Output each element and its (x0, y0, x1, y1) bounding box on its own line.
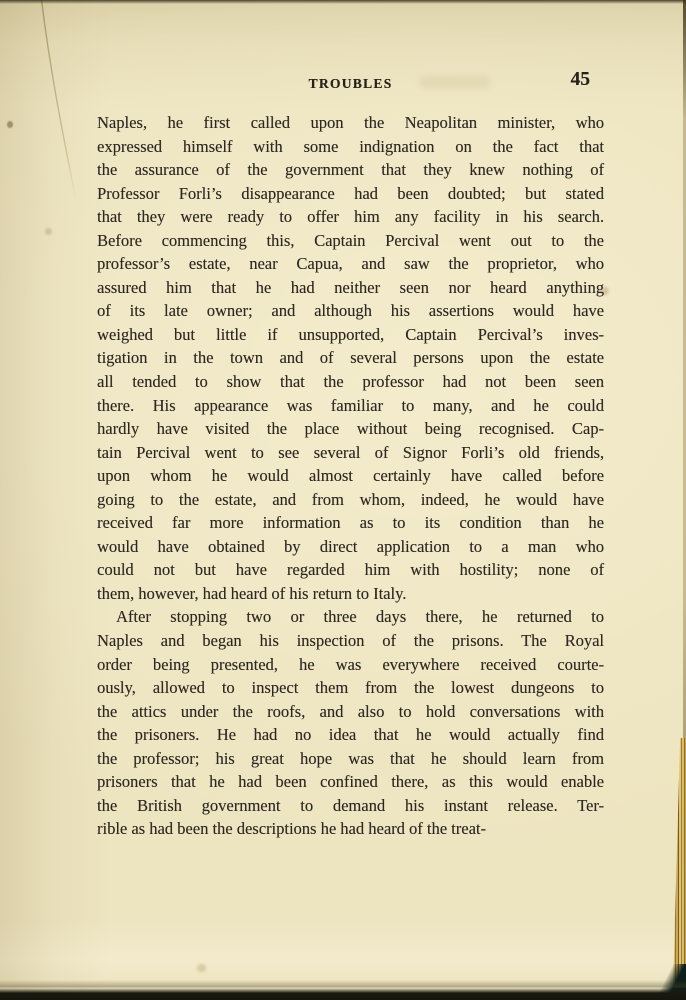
text-line: ously, allowed to inspect them from the … (97, 676, 604, 700)
text-line: the prisoners. He had no idea that he wo… (97, 723, 604, 747)
text-line: Professor Forli’s disappearance had been… (97, 182, 604, 206)
page-body: Naples, he first called upon the Neapoli… (97, 111, 604, 841)
paragraph: After stopping two or three days there, … (97, 605, 604, 840)
text-line: the British government to demand his ins… (97, 794, 604, 818)
book-page-scan: TROUBLES 45 Naples, he first called upon… (0, 0, 686, 1000)
page-number: 45 (571, 69, 591, 91)
text-line: received far more information as to its … (97, 511, 604, 535)
text-line: going to the estate, and from whom, inde… (97, 488, 604, 512)
text-line: expressed himself with some indignation … (97, 135, 604, 159)
text-line: hardly have visited the place without be… (97, 417, 604, 441)
text-line: order being presented, he was everywhere… (97, 653, 604, 677)
paper-speck (197, 964, 206, 972)
text-line: rible as had been the descriptions he ha… (97, 817, 604, 841)
text-line: prisoners that he had been confined ther… (97, 770, 604, 794)
text-line: there. His appearance was familiar to ma… (97, 394, 604, 418)
page-header: TROUBLES 45 (97, 73, 604, 93)
text-line: After stopping two or three days there, … (97, 605, 604, 629)
running-head: TROUBLES (309, 76, 393, 92)
text-line: Before commencing this, Captain Percival… (97, 229, 604, 253)
text-line: Naples and began his inspection of the p… (97, 629, 604, 653)
text-line: tigation in the town and of several pers… (97, 346, 604, 370)
text-line: assured him that he had neither seen nor… (97, 276, 604, 300)
bottom-edge-shadow (0, 980, 686, 1000)
paper-speck (45, 228, 52, 235)
top-edge-shadow (0, 0, 686, 4)
text-line: weighed but little if unsupported, Capta… (97, 323, 604, 347)
paper-speck (7, 121, 13, 128)
text-line: professor’s estate, near Capua, and saw … (97, 252, 604, 276)
text-line: Naples, he first called upon the Neapoli… (97, 111, 604, 135)
text-line: upon whom he would almost certainly have… (97, 464, 604, 488)
paragraph: Naples, he first called upon the Neapoli… (97, 111, 604, 605)
text-line: could not but have regarded him with hos… (97, 558, 604, 582)
text-line: of its late owner; and although his asse… (97, 299, 604, 323)
page-stack-edge (673, 738, 686, 988)
text-line: that they were ready to offer him any fa… (97, 205, 604, 229)
text-line: would have obtained by direct applicatio… (97, 535, 604, 559)
text-line: the assurance of the government that the… (97, 158, 604, 182)
text-line: the attics under the roofs, and also to … (97, 700, 604, 724)
text-line: them, however, had heard of his return t… (97, 582, 604, 606)
text-line: tain Percival went to see several of Sig… (97, 441, 604, 465)
text-block: TROUBLES 45 Naples, he first called upon… (97, 73, 604, 841)
text-line: all tended to show that the professor ha… (97, 370, 604, 394)
text-line: the professor; his great hope was that h… (97, 747, 604, 771)
